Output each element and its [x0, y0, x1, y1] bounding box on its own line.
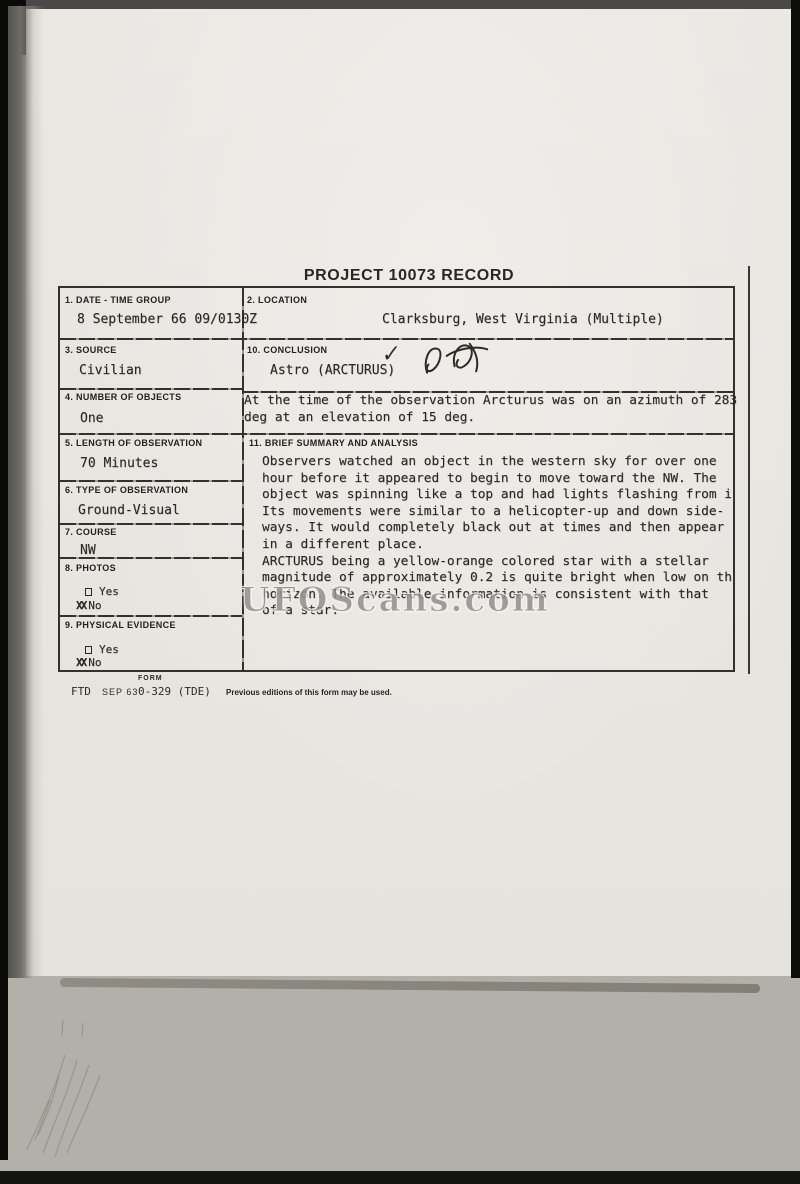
field-value-location: Clarksburg, West Virginia (Multiple) — [382, 312, 664, 327]
form-title: PROJECT 10073 RECORD — [26, 267, 792, 285]
field-value-conclusion: Astro (ARCTURUS) — [270, 363, 395, 378]
scan-edge-left — [0, 0, 8, 1160]
field-value-course: NW — [80, 543, 96, 558]
physical-evidence-yes-label: Yes — [99, 643, 119, 656]
watermark: UFOScans.com — [240, 580, 550, 620]
field-value-number-of-objects: One — [80, 411, 103, 426]
row-divider — [60, 388, 242, 390]
row-divider — [60, 523, 242, 525]
photos-yes-label: Yes — [99, 585, 119, 598]
field-label-course: 7. COURSE — [65, 527, 117, 537]
field-label-type-of-observation: 6. TYPE OF OBSERVATION — [65, 485, 188, 495]
footer-agency: FTD — [71, 685, 91, 698]
checkbox-yes-unchecked — [85, 646, 92, 654]
field-value-source: Civilian — [79, 363, 142, 378]
physical-evidence-no-label: No — [88, 656, 101, 669]
row-divider — [60, 338, 733, 340]
checkbox-yes-unchecked — [85, 588, 92, 596]
row-divider — [60, 433, 733, 435]
scan-edge-top — [20, 0, 798, 9]
form-paper: PROJECT 10073 RECORD 1. DATE - TIME GROU… — [26, 8, 792, 976]
binding-shadow — [8, 6, 44, 978]
conclusion-analysis-text: At the time of the observation Arcturus … — [244, 393, 737, 426]
field-value-length-of-observation: 70 Minutes — [80, 456, 158, 471]
footer-date-code: SEP 63 — [102, 687, 138, 697]
field-label-conclusion: 10. CONCLUSION — [247, 345, 327, 355]
checkbox-no-xx-mark: XX — [76, 656, 85, 669]
field-label-number-of-objects: 4. NUMBER OF OBJECTS — [65, 392, 182, 402]
handwritten-initials — [414, 333, 500, 386]
scan-edge-right — [791, 0, 800, 978]
field-label-brief-summary: 11. BRIEF SUMMARY AND ANALYSIS — [249, 438, 418, 448]
handwritten-checkmark: ✓ — [381, 340, 401, 368]
footer-form-word: FORM — [138, 675, 163, 682]
field-label-photos: 8. PHOTOS — [65, 563, 116, 573]
row-divider — [60, 615, 242, 617]
physical-evidence-yes-row: Yes — [85, 643, 119, 656]
field-label-length-of-observation: 5. LENGTH OF OBSERVATION — [65, 438, 202, 448]
page-margin-line — [748, 266, 750, 674]
scratch-marks — [5, 1015, 165, 1175]
footer-note: Previous editions of this form may be us… — [226, 688, 392, 697]
field-label-source: 3. SOURCE — [65, 345, 117, 355]
field-value-type-of-observation: Ground-Visual — [78, 503, 180, 518]
checkbox-no-xx-mark: XX — [76, 599, 85, 612]
field-label-date-time-group: 1. DATE - TIME GROUP — [65, 295, 171, 305]
field-label-physical-evidence: 9. PHYSICAL EVIDENCE — [65, 620, 176, 630]
field-value-date-time-group: 8 September 66 09/0130Z — [77, 312, 257, 327]
field-label-location: 2. LOCATION — [247, 295, 307, 305]
photos-no-row: XX No — [76, 599, 102, 612]
row-divider — [60, 480, 242, 482]
physical-evidence-no-row: XX No — [76, 656, 102, 669]
footer-form-number: 0-329 (TDE) — [138, 685, 211, 698]
photos-no-label: No — [88, 599, 101, 612]
photos-yes-row: Yes — [85, 585, 119, 598]
